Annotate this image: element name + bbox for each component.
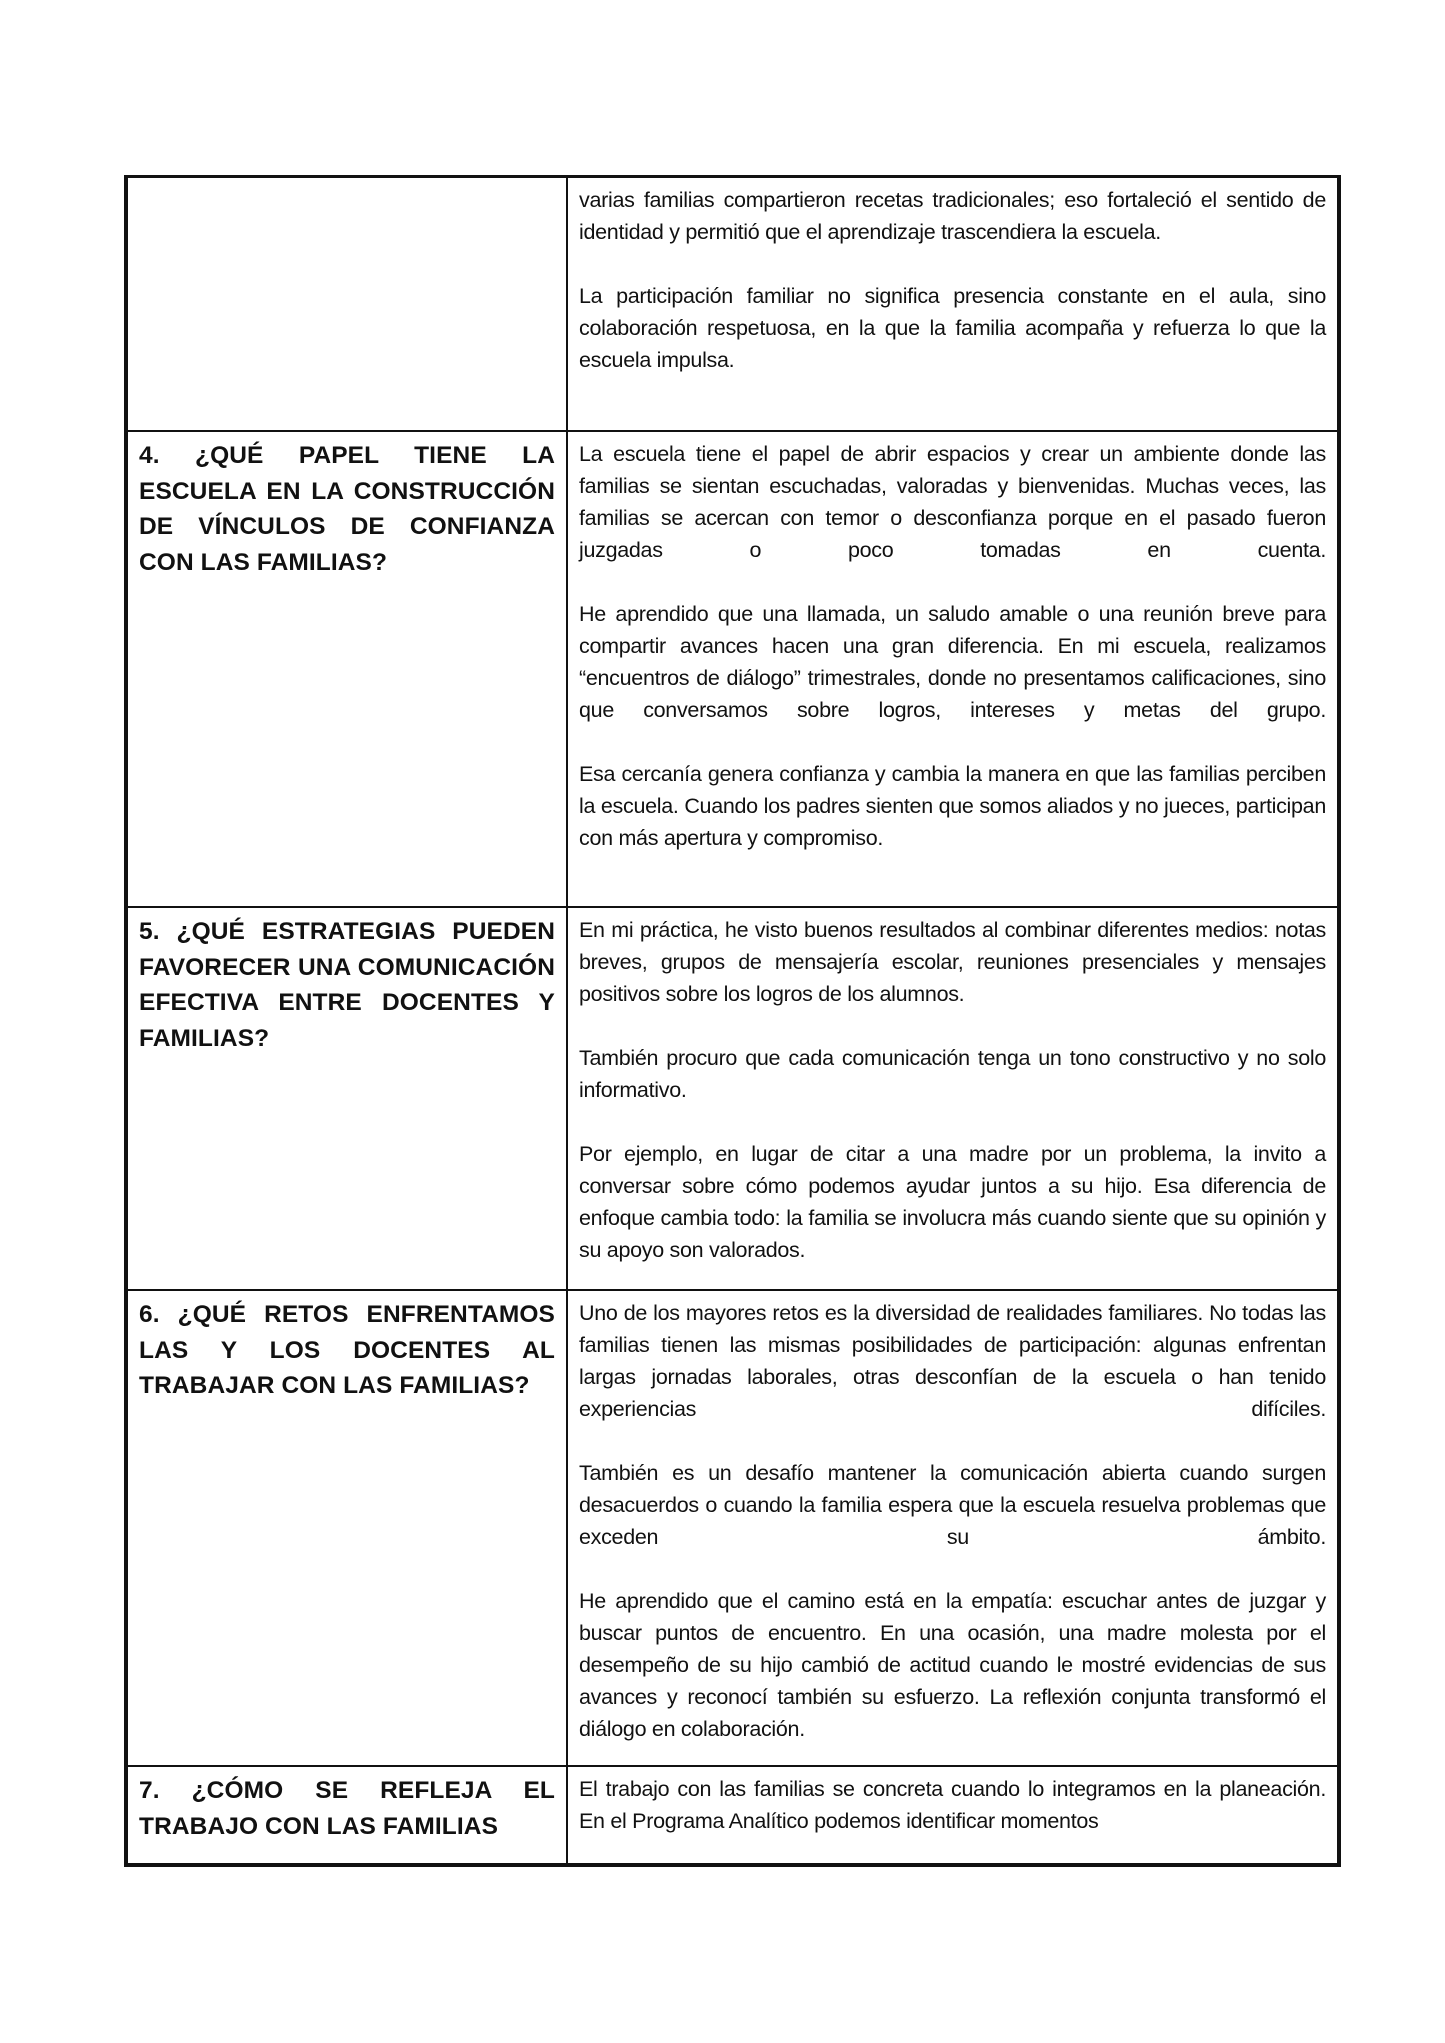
answer-paragraph: También procuro que cada comunicación te…	[579, 1042, 1326, 1106]
qa-table: varias familias compartieron recetas tra…	[124, 175, 1341, 1867]
answer-paragraph: Esa cercanía genera confianza y cambia l…	[579, 758, 1326, 854]
question-cell: 6. ¿QUÉ RETOS ENFRENTAMOS LAS Y LOS DOCE…	[126, 1290, 567, 1766]
answer-cell: varias familias compartieron recetas tra…	[567, 177, 1339, 432]
answer-paragraph: También es un desafío mantener la comuni…	[579, 1457, 1326, 1553]
answer-cell: La escuela tiene el papel de abrir espac…	[567, 431, 1339, 907]
table-row: 4. ¿QUÉ PAPEL TIENE LA ESCUELA EN LA CON…	[126, 431, 1339, 907]
table-row: 5. ¿QUÉ ESTRATEGIAS PUEDEN FAVORECER UNA…	[126, 907, 1339, 1290]
answer-paragraph: varias familias compartieron recetas tra…	[579, 184, 1326, 248]
table-row: varias familias compartieron recetas tra…	[126, 177, 1339, 432]
question-cell: 7. ¿CÓMO SE REFLEJA EL TRABAJO CON LAS F…	[126, 1766, 567, 1865]
answer-paragraph: Uno de los mayores retos es la diversida…	[579, 1297, 1326, 1425]
answer-paragraph: La escuela tiene el papel de abrir espac…	[579, 438, 1326, 566]
answer-cell: Uno de los mayores retos es la diversida…	[567, 1290, 1339, 1766]
question-cell: 4. ¿QUÉ PAPEL TIENE LA ESCUELA EN LA CON…	[126, 431, 567, 907]
answer-paragraph: El trabajo con las familias se concreta …	[579, 1773, 1326, 1837]
answer-paragraph: He aprendido que el camino está en la em…	[579, 1585, 1326, 1745]
question-cell	[126, 177, 567, 432]
answer-paragraph: En mi práctica, he visto buenos resultad…	[579, 914, 1326, 1010]
question-text: 4. ¿QUÉ PAPEL TIENE LA ESCUELA EN LA CON…	[139, 438, 555, 580]
question-text: 7. ¿CÓMO SE REFLEJA EL TRABAJO CON LAS F…	[139, 1773, 555, 1844]
table-row: 7. ¿CÓMO SE REFLEJA EL TRABAJO CON LAS F…	[126, 1766, 1339, 1865]
question-text: 5. ¿QUÉ ESTRATEGIAS PUEDEN FAVORECER UNA…	[139, 914, 555, 1056]
answer-paragraph: He aprendido que una llamada, un saludo …	[579, 598, 1326, 726]
answer-paragraph: Por ejemplo, en lugar de citar a una mad…	[579, 1138, 1326, 1266]
question-cell: 5. ¿QUÉ ESTRATEGIAS PUEDEN FAVORECER UNA…	[126, 907, 567, 1290]
question-text: 6. ¿QUÉ RETOS ENFRENTAMOS LAS Y LOS DOCE…	[139, 1297, 555, 1404]
answer-paragraph: La participación familiar no significa p…	[579, 280, 1326, 376]
table-row: 6. ¿QUÉ RETOS ENFRENTAMOS LAS Y LOS DOCE…	[126, 1290, 1339, 1766]
answer-cell: El trabajo con las familias se concreta …	[567, 1766, 1339, 1865]
answer-cell: En mi práctica, he visto buenos resultad…	[567, 907, 1339, 1290]
